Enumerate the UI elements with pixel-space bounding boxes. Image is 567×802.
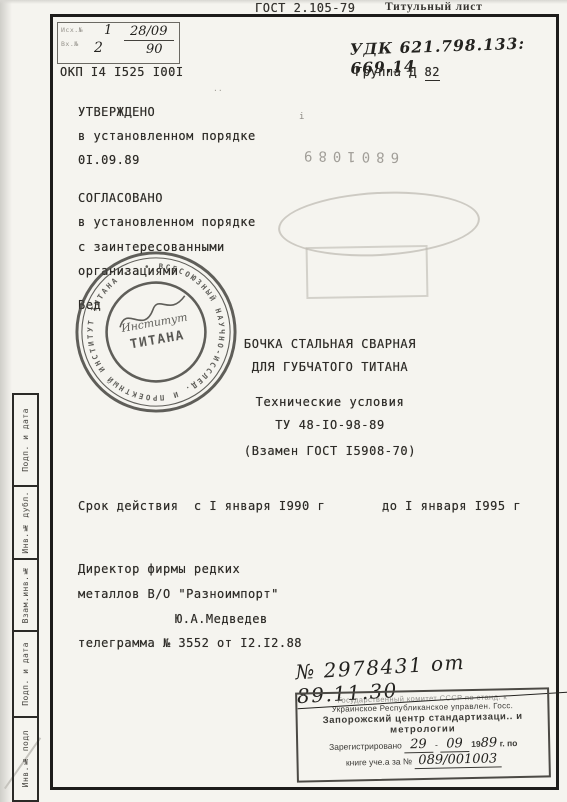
validity-to: до I января I995 г <box>382 499 521 513</box>
book-number-handwritten: 089/001003 <box>414 751 501 769</box>
okp-code: ОКП I4 I525 I00I <box>60 65 184 79</box>
replaces-gost-note: (Взамен ГОСТ I5908-70) <box>140 444 520 458</box>
director-name: Ю.А.Медведев <box>175 612 268 626</box>
group-number-underlined: 82 <box>425 65 440 81</box>
approved-title: УТВЕРЖДЕНО <box>78 105 155 119</box>
frame-cell-label: Инв.№ дубл. <box>21 491 30 554</box>
book-label: книге уче.а за № <box>346 756 412 767</box>
document-subtitle: Технические условия <box>140 395 520 409</box>
incoming-handwritten-2: 2 <box>94 40 103 56</box>
registered-month-handwritten: 09 <box>440 736 469 753</box>
agreed-line1: в установленном порядке <box>78 215 256 229</box>
director-line1: Директор фирмы редких <box>78 562 240 576</box>
frame-cell-inv-dupl: Инв.№ дубл. <box>12 485 39 560</box>
incoming-fraction-bottom: 90 <box>124 41 174 57</box>
document-title-line1: БОЧКА СТАЛЬНАЯ СВАРНАЯ <box>140 337 520 351</box>
frame-cell-label: Подп. и дата <box>21 408 30 472</box>
frame-cell-label: Подп. и дата <box>21 642 30 706</box>
frame-cell-inv-orig: Инв.№ подл <box>12 716 39 802</box>
registered-year-handwritten: 89 <box>481 735 498 750</box>
frame-cell-repl-inv: Взам.инв.№ <box>12 558 39 632</box>
registered-dash: - <box>435 740 438 750</box>
frame-cell-sign-date-2: Подп. и дата <box>12 630 39 718</box>
document-title-line2: ДЛЯ ГУБЧАТОГО ТИТАНА <box>140 360 520 374</box>
registered-year-prefix: 19 <box>471 739 481 749</box>
approved-line1: в установленном порядке <box>78 129 256 143</box>
scan-noise-speck: і <box>299 112 304 122</box>
agreed-title: СОГЛАСОВАНО <box>78 191 163 205</box>
frame-cell-label: Взам.инв.№ <box>21 566 30 623</box>
scan-noise-speck: ·· <box>213 86 223 95</box>
inventory-number-faint-stamp: 6801089 <box>298 147 399 165</box>
approved-date: 0I.09.89 <box>78 153 140 167</box>
registered-label: Зарегистрировано <box>329 740 402 752</box>
incoming-label-1: Исх.№ <box>61 26 83 34</box>
scan-edge-shadow-left <box>0 0 12 802</box>
scanned-title-page: ГОСТ 2.105-79 Титульный лист Исх.№ Вх.№ … <box>0 0 567 802</box>
incoming-label-2: Вх.№ <box>61 40 79 48</box>
registered-day-handwritten: 29 <box>404 737 433 754</box>
header-gost-standard: ГОСТ 2.105-79 <box>255 1 355 15</box>
tu-number: ТУ 48-IO-98-89 <box>140 418 520 432</box>
incoming-date-fraction: 28/09 90 <box>124 23 174 61</box>
validity-from: Срок действия с I января I990 г <box>78 499 325 513</box>
director-line2: металлов В/О "Разноимпорт" <box>78 587 279 601</box>
registered-suffix: г. по <box>500 738 518 748</box>
frame-cell-label: Инв.№ подл <box>21 730 30 787</box>
incoming-fraction-top: 28/09 <box>124 23 174 41</box>
incoming-handwritten-1: 1 <box>104 23 112 38</box>
telegram-line: телеграмма № 3552 от I2.I2.88 <box>78 636 302 650</box>
group-code: Группа Д 82 <box>355 65 440 79</box>
faint-rectangle-stamp <box>306 245 429 299</box>
header-sheet-type: Титульный лист <box>385 1 483 13</box>
registration-stamp-box: Государственный комитет СССР по станд. к… <box>295 687 551 782</box>
frame-cell-sign-date-1: Подп. и дата <box>12 393 39 487</box>
incoming-number-stamp-box: Исх.№ Вх.№ 1 2 28/09 90 <box>57 22 180 64</box>
group-prefix: Группа Д <box>355 65 425 79</box>
